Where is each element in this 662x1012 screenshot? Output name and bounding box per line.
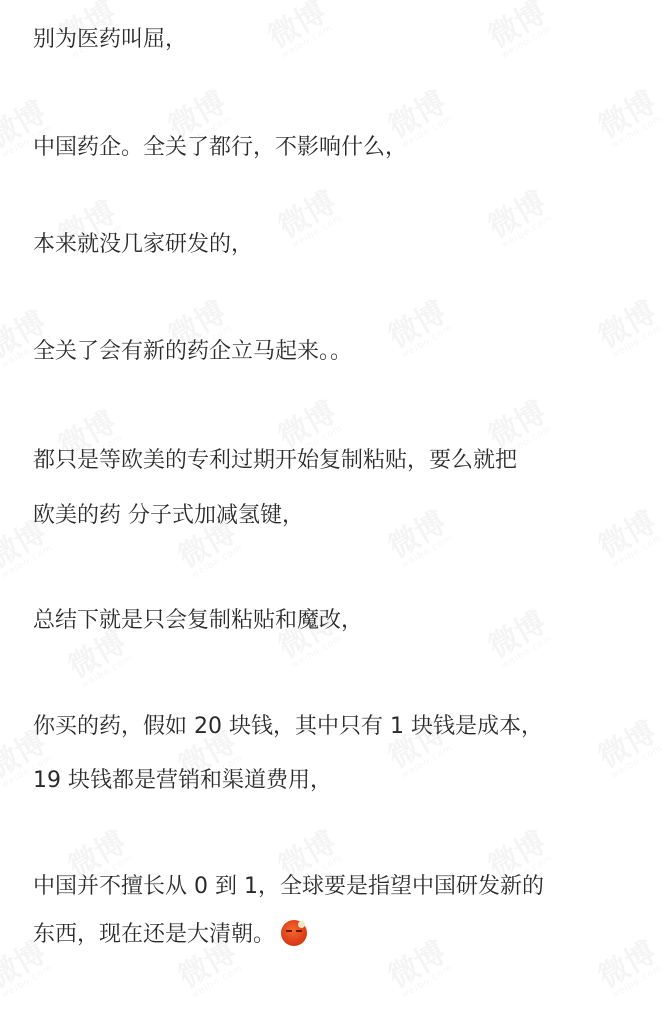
watermark: 微博weibo.com	[594, 298, 662, 362]
watermark: 微博weibo.com	[594, 508, 662, 572]
watermark: 微博weibo.com	[594, 938, 662, 1002]
post-line: 中国并不擅长从 0 到 1，全球要是指望中国研发新的	[33, 872, 544, 902]
post-line: 总结下就是只会复制粘贴和魔改，	[33, 606, 363, 636]
watermark: 微博weibo.com	[484, 188, 555, 252]
watermark: 微博weibo.com	[274, 188, 345, 252]
post-line: 全关了会有新的药企立马起来。。	[33, 337, 352, 367]
post-line: 你买的药，假如 20 块钱，其中只有 1 块钱是成本，	[33, 712, 543, 742]
watermark: 微博weibo.com	[384, 508, 455, 572]
watermark: 微博weibo.com	[64, 628, 135, 692]
post-line: 别为医药叫屈，	[33, 25, 187, 55]
post-line: 都只是等欧美的专利过期开始复制粘贴，要么就把	[33, 446, 517, 476]
post-line-last: 东西，现在还是大清朝。	[33, 920, 307, 950]
watermark: 微博weibo.com	[264, 0, 335, 61]
watermark: 微博weibo.com	[594, 718, 662, 782]
watermark: 微博weibo.com	[384, 938, 455, 1002]
post-line-text: 东西，现在还是大清朝。	[33, 922, 275, 947]
watermark: 微博weibo.com	[594, 88, 662, 152]
post-line: 欧美的药 分子式加减氢键，	[33, 501, 304, 531]
post-line: 19 块钱都是营销和渠道费用，	[33, 766, 332, 796]
watermark: 微博weibo.com	[484, 608, 555, 672]
watermark: 微博weibo.com	[484, 0, 555, 61]
post-line: 本来就没几家研发的，	[33, 230, 253, 260]
angry-face-emoji-icon	[281, 920, 307, 946]
watermark: 微博weibo.com	[384, 298, 455, 362]
post-line: 中国药企。全关了都行，不影响什么，	[33, 133, 407, 163]
